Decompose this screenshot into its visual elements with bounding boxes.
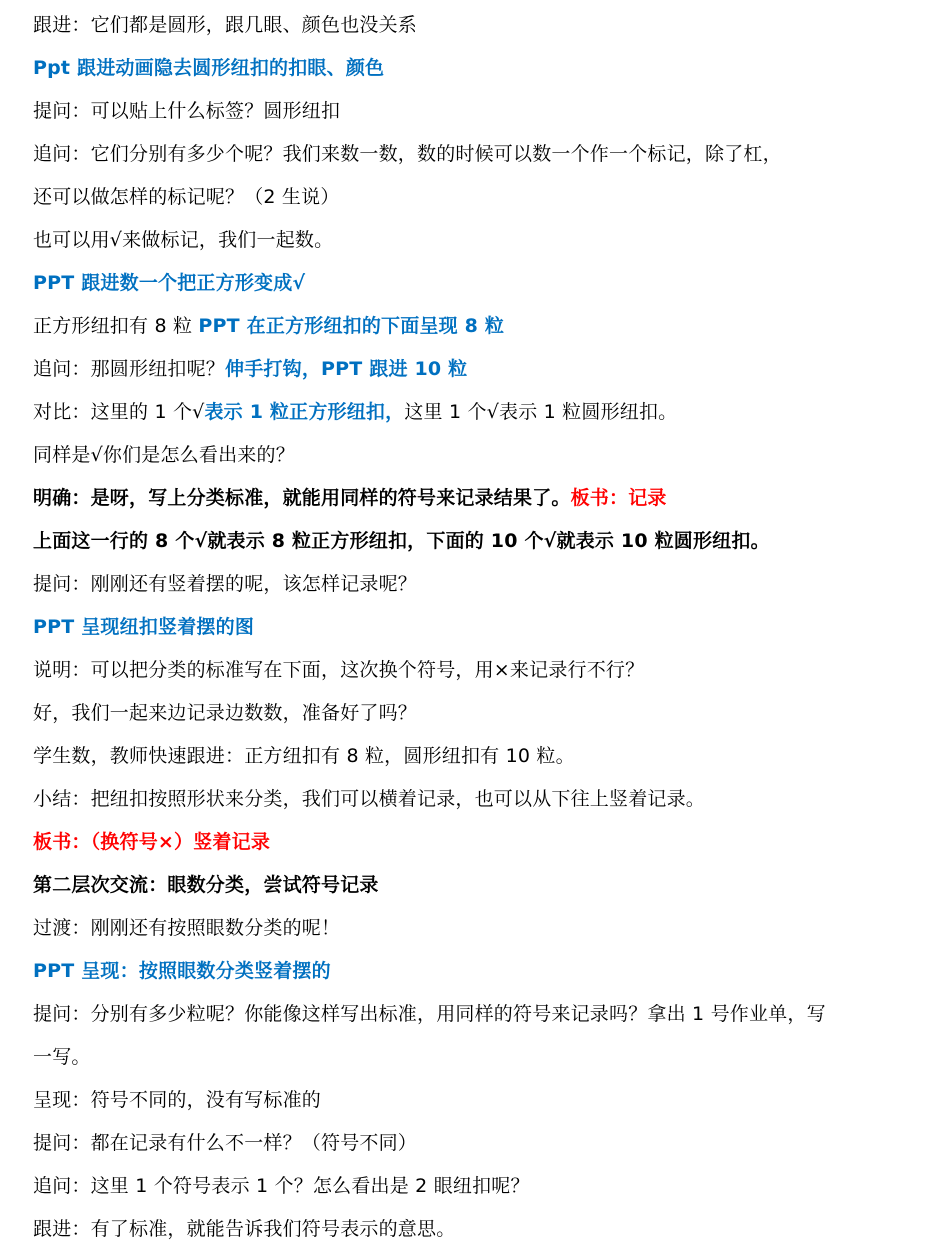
board-note: 板书：记录 bbox=[571, 487, 667, 509]
line-9: 追问：那圆形纽扣呢？伸手打钩，PPT 跟进 10 粒 bbox=[33, 348, 930, 391]
ppt-note: 表示 1 粒正方形纽扣， bbox=[204, 401, 404, 423]
line-12: 明确：是呀，写上分类标准，就能用同样的符号来记录结果了。板书：记录 bbox=[33, 477, 930, 520]
line-13: 上面这一行的 8 个√就表示 8 粒正方形纽扣，下面的 10 个√就表示 10 … bbox=[33, 520, 930, 563]
line-5: 还可以做怎样的标记呢？（2 生说） bbox=[33, 176, 930, 219]
text-segment: 追问：这里 1 个符号表示 1 个？怎么看出是 2 眼纽扣呢？ bbox=[33, 1175, 530, 1197]
text-segment: 正方形纽扣有 8 粒 bbox=[33, 315, 198, 337]
ppt-note: 伸手打钩，PPT 跟进 10 粒 bbox=[225, 358, 467, 380]
section-heading: 第二层次交流：眼数分类，尝试符号记录 bbox=[33, 874, 379, 896]
line-29: 跟进：有了标准，就能告诉我们符号表示的意思。 bbox=[33, 1208, 930, 1251]
text-segment: 这里 1 个√表示 1 粒圆形纽扣。 bbox=[404, 401, 677, 423]
line-10: 对比：这里的 1 个√表示 1 粒正方形纽扣，这里 1 个√表示 1 粒圆形纽扣… bbox=[33, 391, 930, 434]
line-4: 追问：它们分别有多少个呢？我们来数一数，数的时候可以数一个作一个标记，除了杠， bbox=[33, 133, 930, 176]
ppt-note: Ppt 跟进动画隐去圆形纽扣的扣眼、颜色 bbox=[33, 57, 384, 79]
line-7: PPT 跟进数一个把正方形变成√ bbox=[33, 262, 930, 305]
line-1: 跟进：它们都是圆形，跟几眼、颜色也没关系 bbox=[33, 4, 930, 47]
line-14: 提问：刚刚还有竖着摆的呢，该怎样记录呢？ bbox=[33, 563, 930, 606]
ppt-note: PPT 呈现：按照眼数分类竖着摆的 bbox=[33, 960, 331, 982]
text-segment: 一写。 bbox=[33, 1046, 91, 1068]
text-segment: 对比：这里的 1 个√ bbox=[33, 401, 204, 423]
line-19: 小结：把纽扣按照形状来分类，我们可以横着记录，也可以从下往上竖着记录。 bbox=[33, 778, 930, 821]
text-segment: 跟进：它们都是圆形，跟几眼、颜色也没关系 bbox=[33, 14, 417, 36]
text-segment: 追问：它们分别有多少个呢？我们来数一数，数的时候可以数一个作一个标记，除了杠， bbox=[33, 143, 782, 165]
bold-statement: 明确：是呀，写上分类标准，就能用同样的符号来记录结果了。 bbox=[33, 487, 571, 509]
bold-statement: 上面这一行的 8 个√就表示 8 粒正方形纽扣，下面的 10 个√就表示 10 … bbox=[33, 530, 770, 552]
line-3: 提问：可以贴上什么标签？圆形纽扣 bbox=[33, 90, 930, 133]
ppt-note: PPT 在正方形纽扣的下面呈现 8 粒 bbox=[198, 315, 504, 337]
ppt-note: PPT 跟进数一个把正方形变成√ bbox=[33, 272, 305, 294]
line-15: PPT 呈现纽扣竖着摆的图 bbox=[33, 606, 930, 649]
line-18: 学生数，教师快速跟进：正方纽扣有 8 粒，圆形纽扣有 10 粒。 bbox=[33, 735, 930, 778]
document-body: 跟进：它们都是圆形，跟几眼、颜色也没关系 Ppt 跟进动画隐去圆形纽扣的扣眼、颜… bbox=[0, 0, 944, 1251]
line-8: 正方形纽扣有 8 粒 PPT 在正方形纽扣的下面呈现 8 粒 bbox=[33, 305, 930, 348]
line-28: 追问：这里 1 个符号表示 1 个？怎么看出是 2 眼纽扣呢？ bbox=[33, 1165, 930, 1208]
text-segment: 追问：那圆形纽扣呢？ bbox=[33, 358, 225, 380]
board-note: 板书：（换符号×）竖着记录 bbox=[33, 831, 270, 853]
ppt-note: PPT 呈现纽扣竖着摆的图 bbox=[33, 616, 254, 638]
text-segment: 学生数，教师快速跟进：正方纽扣有 8 粒，圆形纽扣有 10 粒。 bbox=[33, 745, 575, 767]
text-segment: 同样是√你们是怎么看出来的？ bbox=[33, 444, 295, 466]
line-25: 一写。 bbox=[33, 1036, 930, 1079]
text-segment: 提问：都在记录有什么不一样？（符号不同） bbox=[33, 1132, 417, 1154]
line-22: 过渡：刚刚还有按照眼数分类的呢！ bbox=[33, 907, 930, 950]
line-27: 提问：都在记录有什么不一样？（符号不同） bbox=[33, 1122, 930, 1165]
line-11: 同样是√你们是怎么看出来的？ bbox=[33, 434, 930, 477]
text-segment: 提问：可以贴上什么标签？圆形纽扣 bbox=[33, 100, 340, 122]
line-20: 板书：（换符号×）竖着记录 bbox=[33, 821, 930, 864]
text-segment: 还可以做怎样的标记呢？（2 生说） bbox=[33, 186, 340, 208]
line-21: 第二层次交流：眼数分类，尝试符号记录 bbox=[33, 864, 930, 907]
line-2: Ppt 跟进动画隐去圆形纽扣的扣眼、颜色 bbox=[33, 47, 930, 90]
line-16: 说明：可以把分类的标准写在下面，这次换个符号，用×来记录行不行？ bbox=[33, 649, 930, 692]
text-segment: 呈现：符号不同的，没有写标准的 bbox=[33, 1089, 321, 1111]
text-segment: 跟进：有了标准，就能告诉我们符号表示的意思。 bbox=[33, 1218, 455, 1240]
text-segment: 提问：分别有多少粒呢？你能像这样写出标准，用同样的符号来记录吗？拿出 1 号作业… bbox=[33, 1003, 826, 1025]
text-segment: 好，我们一起来边记录边数数，准备好了吗？ bbox=[33, 702, 417, 724]
line-24: 提问：分别有多少粒呢？你能像这样写出标准，用同样的符号来记录吗？拿出 1 号作业… bbox=[33, 993, 930, 1036]
text-segment: 也可以用√来做标记，我们一起数。 bbox=[33, 229, 333, 251]
text-segment: 小结：把纽扣按照形状来分类，我们可以横着记录，也可以从下往上竖着记录。 bbox=[33, 788, 705, 810]
line-26: 呈现：符号不同的，没有写标准的 bbox=[33, 1079, 930, 1122]
text-segment: 过渡：刚刚还有按照眼数分类的呢！ bbox=[33, 917, 340, 939]
line-23: PPT 呈现：按照眼数分类竖着摆的 bbox=[33, 950, 930, 993]
line-17: 好，我们一起来边记录边数数，准备好了吗？ bbox=[33, 692, 930, 735]
line-6: 也可以用√来做标记，我们一起数。 bbox=[33, 219, 930, 262]
text-segment: 说明：可以把分类的标准写在下面，这次换个符号，用×来记录行不行？ bbox=[33, 659, 644, 681]
text-segment: 提问：刚刚还有竖着摆的呢，该怎样记录呢？ bbox=[33, 573, 417, 595]
